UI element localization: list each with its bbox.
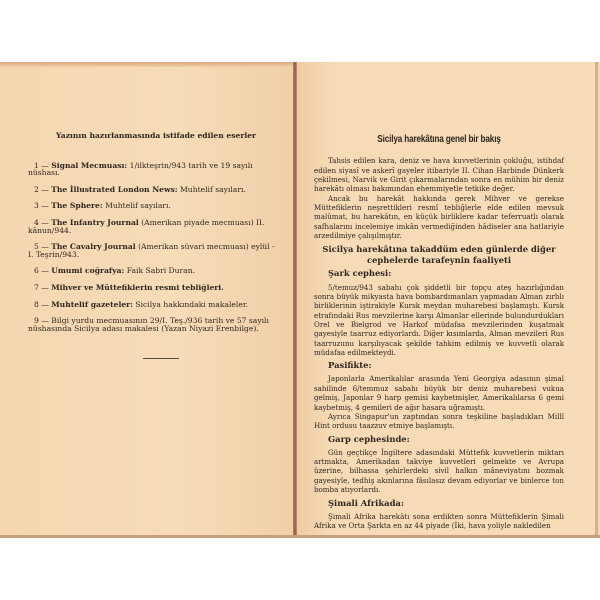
source-item: 1 — Signal Mecmuası: 1/ilkteşrin/943 tar… [28, 162, 278, 177]
source-name: Signal Mecmuası: [51, 161, 127, 170]
section-heading: Şimali Afrikada: [328, 498, 564, 509]
source-item: 4 — The Infantry Journal (Amerikan piyad… [28, 219, 278, 234]
source-detail: Faik Sabri Duran. [127, 266, 195, 275]
left-page: Yazının hazırlanmasında istifade edilen … [0, 62, 295, 538]
source-item: 5 — The Cavalry Journal (Amerikan süvari… [28, 243, 278, 258]
source-item: 7 — Mihver ve Müttefiklerin resmi tebliğ… [28, 284, 278, 292]
source-detail: Sicilya hakkındaki makaleler. [135, 300, 248, 309]
section-paragraph: Şimali Afrika harekâtı sona erdikten son… [314, 512, 564, 531]
section-paragraph: 5/temuz/943 sabahı çok şiddetli bir topç… [314, 283, 564, 358]
section-paragraph: Ayrıca Singapur'un zaptından sonra teşki… [314, 412, 564, 431]
source-name: The İllustrated London News: [51, 185, 177, 194]
page-bottom-edge [0, 535, 600, 538]
source-name: Muhtelif gazeteler: [51, 300, 133, 309]
page-right-edge [595, 62, 598, 538]
source-detail: Muhtelif sayıları. [180, 185, 246, 194]
end-rule [143, 358, 179, 359]
source-item: 8 — Muhtelif gazeteler: Sicilya hakkında… [28, 301, 278, 309]
source-item: 6 — Umumi coğrafya: Faik Sabri Duran. [28, 267, 278, 275]
source-name: Mihver ve Müttefiklerin resmi tebliğleri… [51, 283, 224, 292]
intro-paragraph-2: Ancak bu harekât hakkında gerek Mihver v… [314, 194, 564, 241]
page-top-edge [0, 62, 295, 67]
source-name: Umumi coğrafya: [51, 266, 124, 275]
source-number: 7 — [34, 283, 49, 292]
section-paragraph: Japonlarla Amerikalılar arasında Yeni Ge… [314, 374, 564, 411]
source-number: 6 — [34, 266, 49, 275]
section-heading: Pasifikte: [328, 360, 564, 371]
section-heading: Şark cephesi: [328, 268, 564, 279]
article-title: Sicilya harekâtına genel bir bakış [337, 133, 542, 146]
intro-paragraph-1: Tahsis edilen kara, deniz ve hava kuvvet… [314, 156, 564, 193]
sources-title: Yazının hazırlanmasında istifade edilen … [34, 132, 278, 140]
sources-list: Yazının hazırlanmasında istifade edilen … [28, 132, 278, 359]
section-subheading: Sicilya harekâtına takaddüm eden günlerd… [314, 244, 564, 265]
source-item: 9 — Bilgi yurdu mecmuasının 29/I. Teş./9… [28, 317, 278, 332]
open-book-spread: Yazının hazırlanmasında istifade edilen … [0, 62, 600, 538]
section-paragraph: Gün geçtikçe İngiltere adasındaki Müttef… [314, 448, 564, 495]
section-heading: Garp cephesinde: [328, 434, 564, 445]
source-item: 3 — The Sphere: Muhtelif sayıları. [28, 202, 278, 210]
source-number: 3 — [34, 201, 49, 210]
source-number: 2 — [34, 185, 49, 194]
source-name: The Sphere: [51, 201, 102, 210]
source-item: 2 — The İllustrated London News: Muhteli… [28, 186, 278, 194]
source-detail: Bilgi yurdu mecmuasının 29/I. Teş./936 t… [28, 316, 269, 333]
article: Sicilya harekâtına genel bir bakış Tahsi… [314, 133, 564, 530]
source-detail: Muhtelif sayıları. [105, 201, 171, 210]
source-number: 8 — [34, 300, 49, 309]
